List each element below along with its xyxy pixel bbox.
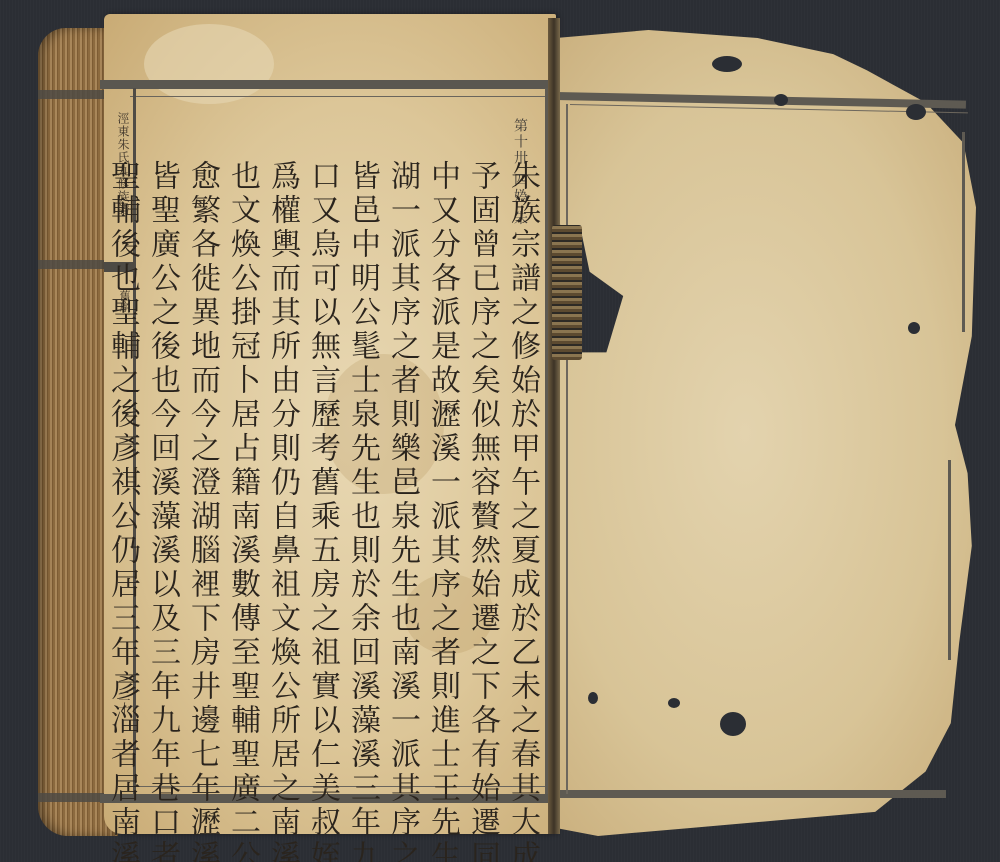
worm-hole [588,692,598,704]
frame-line [130,96,550,97]
worm-hole [908,322,920,334]
text-column-4: 湖一派其序之者則樂邑泉先生也南溪一派其序之者又 [382,160,422,780]
text-column-2: 予固曾已序之矣似無容贅然始遷之下各有始遷同族之 [462,160,502,780]
text-column-1: 朱族宗譜之修始於甲午之夏成於乙未之春其大成譜首 [502,160,542,780]
right-page [556,30,976,836]
text-column-11: 聖輔後也聖輔之後彥祺公仍居三年彥淄者居南溪楻槔 [102,160,142,780]
frame-border-top [100,80,550,89]
text-column-10: 皆聖廣公之後也今回溪藻溪以及三年九年巷口者則皆 [142,160,182,780]
worm-hole [774,94,788,106]
text-column-9: 愈繁各徙異地而今之澄湖腦裡下房井邊七年瀝溪者則 [182,160,222,780]
main-text-columns: 朱族宗譜之修始於甲午之夏成於乙未之春其大成譜首 予固曾已序之矣似無容贅然始遷之下… [142,160,542,780]
worm-hole [906,104,926,120]
right-frame-border-bottom [556,790,946,798]
worm-hole [720,712,746,736]
worm-hole [668,698,680,708]
right-frame-border-right [962,132,965,332]
right-frame-border-right [948,460,951,660]
right-frame-border-left [566,104,568,794]
text-column-5: 皆邑中明公髦士泉先生也則於余回溪藻溪三年九年巷 [342,160,382,780]
text-column-8: 也文煥公掛冠卜居占籍南溪數傳至聖輔聖廣二公生齒 [222,160,262,780]
text-column-3: 中又分各派是故瀝溪一派其序之者則進士王先生也澄 [422,160,462,780]
book-gutter [548,18,560,834]
text-column-7: 爲權輿而其所由分則仍自鼻祖文煥公所居之南溪而來 [262,160,302,780]
worm-hole [712,56,742,72]
paper-tear [144,24,274,104]
torn-binding [552,225,582,360]
open-book: 涇東朱氏九修族譜 舊序 二十 第十卅 四媯 朱 朱族宗譜之修始於甲午之夏成於乙未… [0,0,1000,862]
text-column-6: 口又烏可以無言歷考舊乘五房之祖實以仁美叔姪二公 [302,160,342,780]
